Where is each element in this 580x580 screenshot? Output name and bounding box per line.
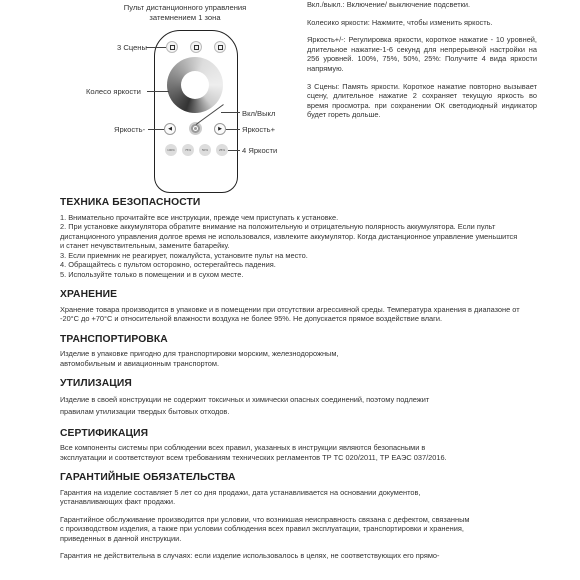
brightness-minus-button: ◀ [164,123,176,135]
safety-item: 1. Внимательно прочитайте все инструкции… [60,213,522,223]
section-title: УТИЛИЗАЦИЯ [60,379,522,389]
section-safety: ТЕХНИКА БЕЗОПАСНОСТИ 1. Внимательно проч… [60,198,522,279]
description-power: Вкл./выкл.: Включение/ выключение подсве… [307,0,537,10]
figure-title-line2: затемнением 1 зона [95,13,275,23]
callout-brightness-plus: Яркость+ [242,125,275,134]
section-text: Хранение товара производится в упаковке … [60,305,522,324]
warranty-paragraph-3: Гарантия не действительна в случаях: есл… [60,551,522,561]
description-scenes: 3 Сцены: Память яркости. Короткое нажати… [307,82,537,120]
figure-title-line1: Пульт дистанционного управления [95,3,275,13]
brightness-100-button: 100% [165,144,177,156]
save-icon [218,45,223,50]
section-warranty: ГАРАНТИЙНЫЕ ОБЯЗАТЕЛЬСТВА Гарантия на из… [60,473,522,561]
brightness-wheel-center [181,71,209,99]
callout-line [147,91,169,92]
callout-line [226,129,240,130]
safety-item: 2. При установке аккумулятора обратите в… [60,222,522,251]
callout-wheel: Колесо яркости [86,87,141,96]
scene-button-2 [190,41,202,53]
save-icon [194,45,199,50]
description-brightness: Яркость+/-: Регулировка яркости, коротко… [307,35,537,73]
callout-four-levels: 4 Яркости [242,146,277,155]
scene-button-1 [166,41,178,53]
section-title: СЕРТИФИКАЦИЯ [60,429,522,439]
safety-item: 5. Используйте только в помещении и в су… [60,270,522,280]
section-title: ГАРАНТИЙНЫЕ ОБЯЗАТЕЛЬСТВА [60,473,522,483]
section-transport: ТРАНСПОРТИРОВКА Изделие в упаковке приго… [60,335,522,369]
safety-item: 3. Если приемник не реагирует, пожалуйст… [60,251,522,261]
callout-line [228,150,240,151]
section-title: ХРАНЕНИЕ [60,290,522,300]
brightness-25-button: 25% [216,144,228,156]
triangle-left-icon: ◀ [168,126,172,132]
section-disposal: УТИЛИЗАЦИЯ Изделие в своей конструкции н… [60,379,522,418]
section-storage: ХРАНЕНИЕ Хранение товара производится в … [60,290,522,324]
callout-line [221,112,240,113]
callout-brightness-minus: Яркость- [114,125,145,134]
section-title: ТРАНСПОРТИРОВКА [60,335,522,345]
figure-title: Пульт дистанционного управления затемнен… [95,3,275,23]
scene-button-3 [214,41,226,53]
description-wheel: Колесико яркости: Нажмите, чтобы изменит… [307,18,537,28]
brightness-75-button: 75% [182,144,194,156]
callout-scenes: 3 Сцены [117,43,147,52]
callout-line [146,47,166,48]
warranty-paragraph-1: Гарантия на изделие составляет 5 лет со … [60,488,460,507]
triangle-right-icon: ▶ [218,126,222,132]
remote-description: Вкл./выкл.: Включение/ выключение подсве… [307,0,537,128]
callout-power: Вкл/Выкл [242,109,275,118]
save-icon [170,45,175,50]
section-text: Все компоненты системы при соблюдении вс… [60,443,460,462]
brightness-50-button: 50% [199,144,211,156]
document-sections: ТЕХНИКА БЕЗОПАСНОСТИ 1. Внимательно проч… [60,198,522,572]
section-certification: СЕРТИФИКАЦИЯ Все компоненты системы при … [60,429,522,463]
brightness-plus-button: ▶ [214,123,226,135]
section-text: Изделие в своей конструкции не содержит … [60,394,430,418]
callout-line [148,129,164,130]
warranty-paragraph-2: Гарантийное обслуживание производится пр… [60,515,470,544]
safety-item: 4. Обращайтесь с пультом осторожно, осте… [60,260,522,270]
section-title: ТЕХНИКА БЕЗОПАСНОСТИ [60,198,522,208]
section-text: Изделие в упаковке пригодно для транспор… [60,349,390,368]
power-icon [193,126,198,131]
